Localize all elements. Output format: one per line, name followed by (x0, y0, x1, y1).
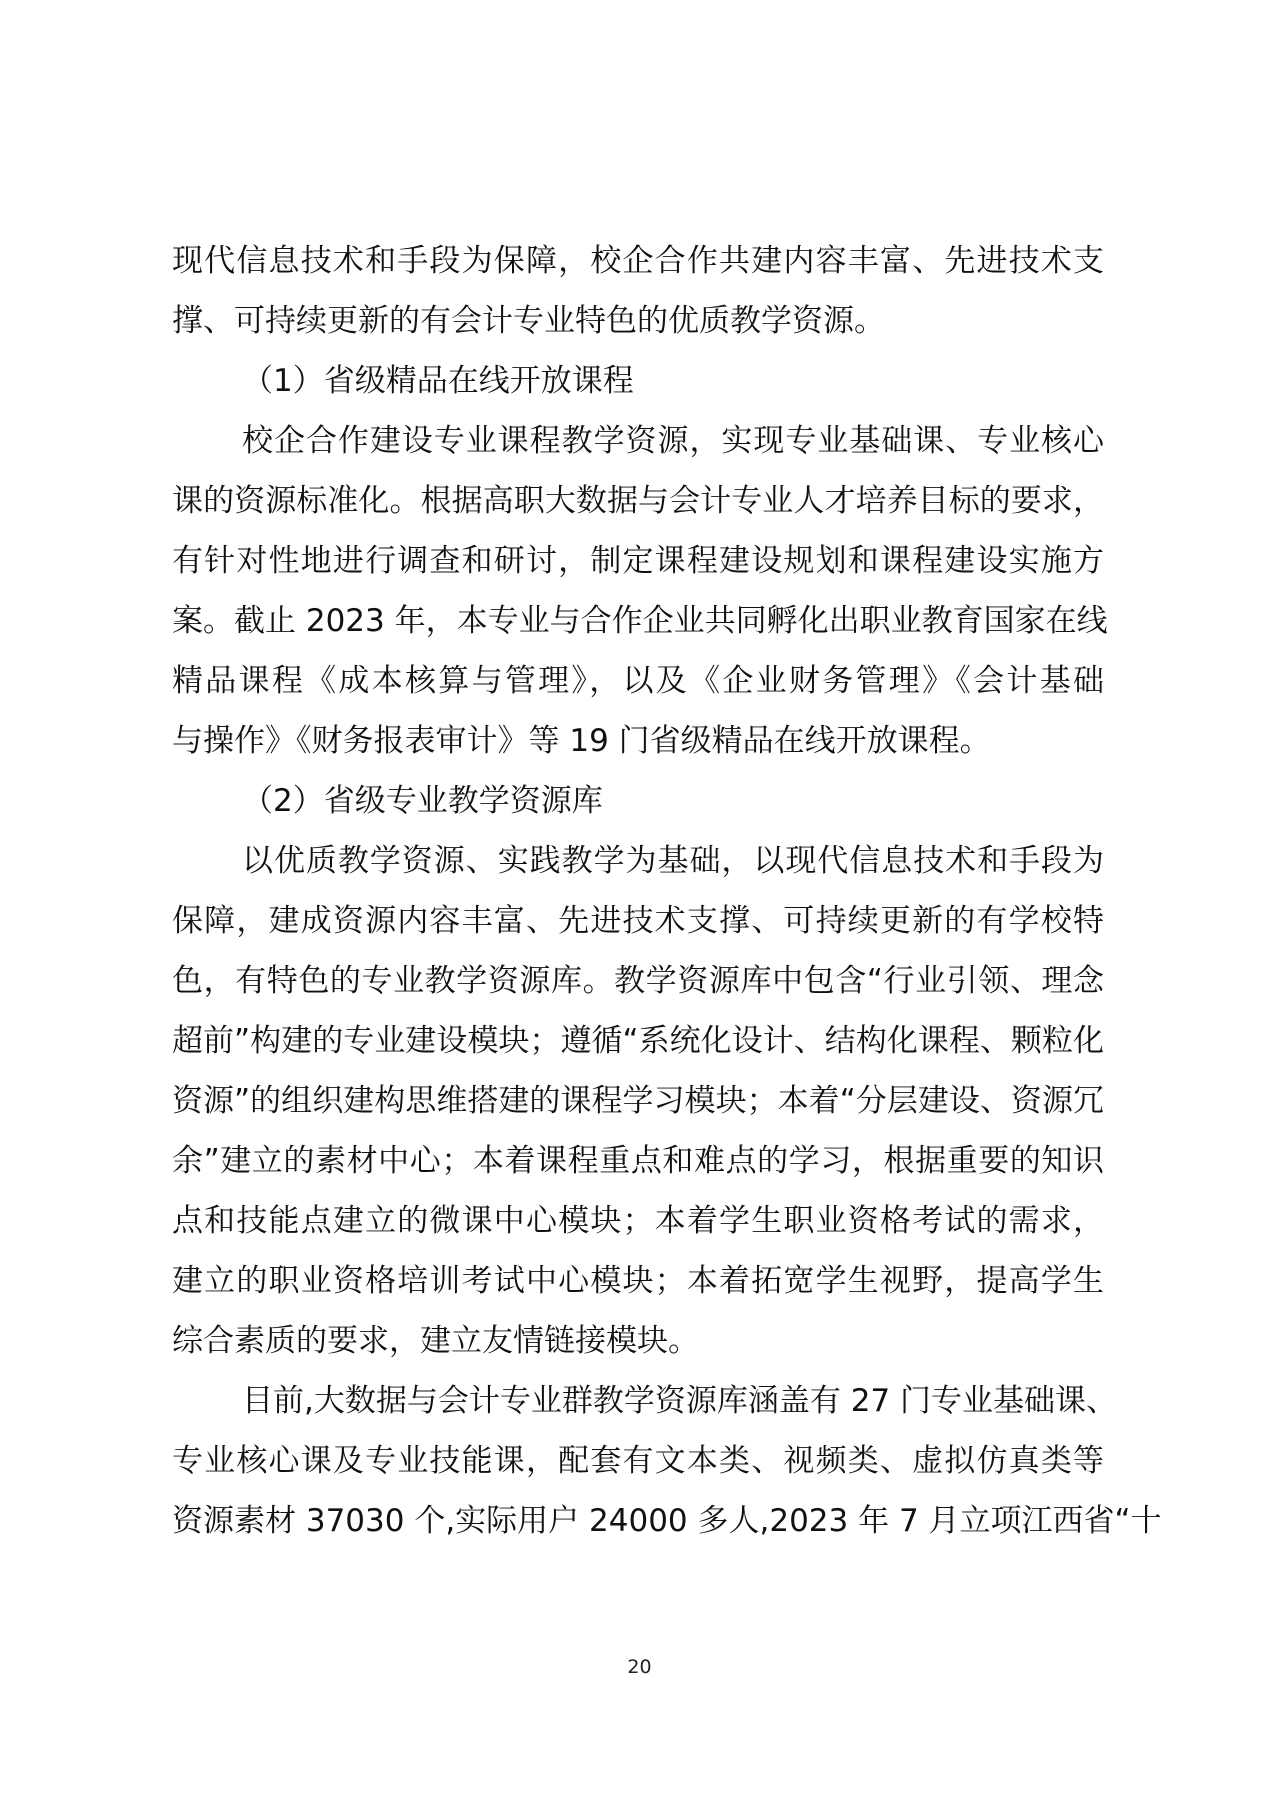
text-line-8: 精品课程《成本核算与管理》，以及《企业财务管理》《会计基础 (172, 653, 1104, 713)
section-heading-1: （1）省级精品在线开放课程 (172, 353, 1104, 413)
text-line-18: 建立的职业资格培训考试中心模块；本着拓宽学生视野，提高学生 (172, 1253, 1104, 1313)
text-line-13: 色，有特色的专业教学资源库。教学资源库中包含“行业引领、理念 (172, 953, 1104, 1013)
text-line-4: 校企合作建设专业课程教学资源，实现专业基础课、专业核心 (172, 413, 1104, 473)
text-line-2: 撑、可持续更新的有会计专业特色的优质教学资源。 (172, 293, 1104, 353)
text-line-16: 余”建立的素材中心；本着课程重点和难点的学习，根据重要的知识 (172, 1133, 1104, 1193)
text-line-19: 综合素质的要求，建立友情链接模块。 (172, 1313, 1104, 1373)
text-line-1: 现代信息技术和手段为保障，校企合作共建内容丰富、先进技术支 (172, 233, 1104, 293)
text-line-7: 案。截止 2023 年，本专业与合作企业共同孵化出职业教育国家在线 (172, 593, 1104, 653)
section-heading-2: （2）省级专业教学资源库 (172, 773, 1104, 833)
text-line-20: 目前,大数据与会计专业群教学资源库涵盖有 27 门专业基础课、 (172, 1373, 1104, 1433)
body-text: 现代信息技术和手段为保障，校企合作共建内容丰富、先进技术支 撑、可持续更新的有会… (172, 233, 1104, 1553)
text-line-6: 有针对性地进行调查和研讨，制定课程建设规划和课程建设实施方 (172, 533, 1104, 593)
text-line-21: 专业核心课及专业技能课，配套有文本类、视频类、虚拟仿真类等 (172, 1433, 1104, 1493)
text-line-14: 超前”构建的专业建设模块；遵循“系统化设计、结构化课程、颗粒化 (172, 1013, 1104, 1073)
text-line-15: 资源”的组织建构思维搭建的课程学习模块；本着“分层建设、资源冗 (172, 1073, 1104, 1133)
page-number: 20 (0, 1656, 1279, 1678)
document-page: 现代信息技术和手段为保障，校企合作共建内容丰富、先进技术支 撑、可持续更新的有会… (0, 0, 1279, 1809)
text-line-22: 资源素材 37030 个,实际用户 24000 多人,2023 年 7 月立项江… (172, 1493, 1104, 1553)
text-line-5: 课的资源标准化。根据高职大数据与会计专业人才培养目标的要求， (172, 473, 1104, 533)
text-line-17: 点和技能点建立的微课中心模块；本着学生职业资格考试的需求， (172, 1193, 1104, 1253)
text-line-12: 保障，建成资源内容丰富、先进技术支撑、可持续更新的有学校特 (172, 893, 1104, 953)
text-line-9: 与操作》《财务报表审计》等 19 门省级精品在线开放课程。 (172, 713, 1104, 773)
text-line-11: 以优质教学资源、实践教学为基础，以现代信息技术和手段为 (172, 833, 1104, 893)
